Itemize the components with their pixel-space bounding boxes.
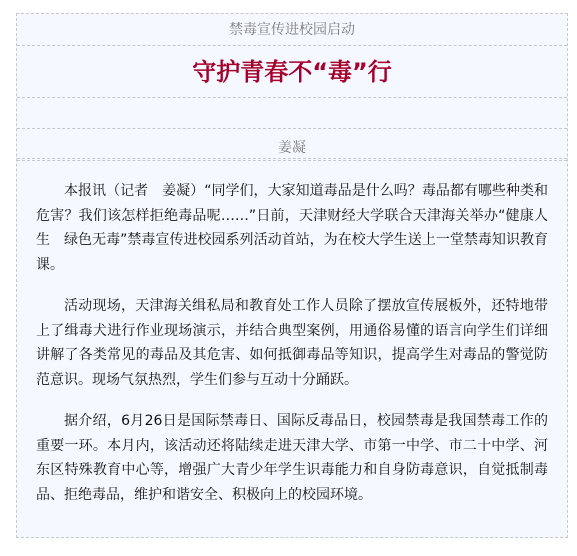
article-container: 禁毒宣传进校园启动 守护青春不“毒”行 姜凝 本报讯（记者 姜凝）“同学们，大家… (16, 13, 568, 538)
article-title: 守护青春不“毒”行 (17, 46, 567, 98)
article-subtitle: 禁毒宣传进校园启动 (17, 14, 567, 46)
body-paragraph: 活动现场，天津海关缉私局和教育处工作人员除了摆放宣传展板外，还特地带上了缉毒犬进… (36, 294, 548, 392)
body-paragraph: 本报讯（记者 姜凝）“同学们，大家知道毒品是什么吗？毒品都有哪些种类和危害？我们… (36, 179, 548, 277)
body-paragraph: 据介绍，6月26日是国际禁毒日、国际反毒品日，校园禁毒是我国禁毒工作的重要一环。… (36, 409, 548, 507)
article-body: 本报讯（记者 姜凝）“同学们，大家知道毒品是什么吗？毒品都有哪些种类和危害？我们… (17, 160, 567, 507)
article-author: 姜凝 (17, 129, 567, 159)
spacer-row (17, 98, 567, 129)
